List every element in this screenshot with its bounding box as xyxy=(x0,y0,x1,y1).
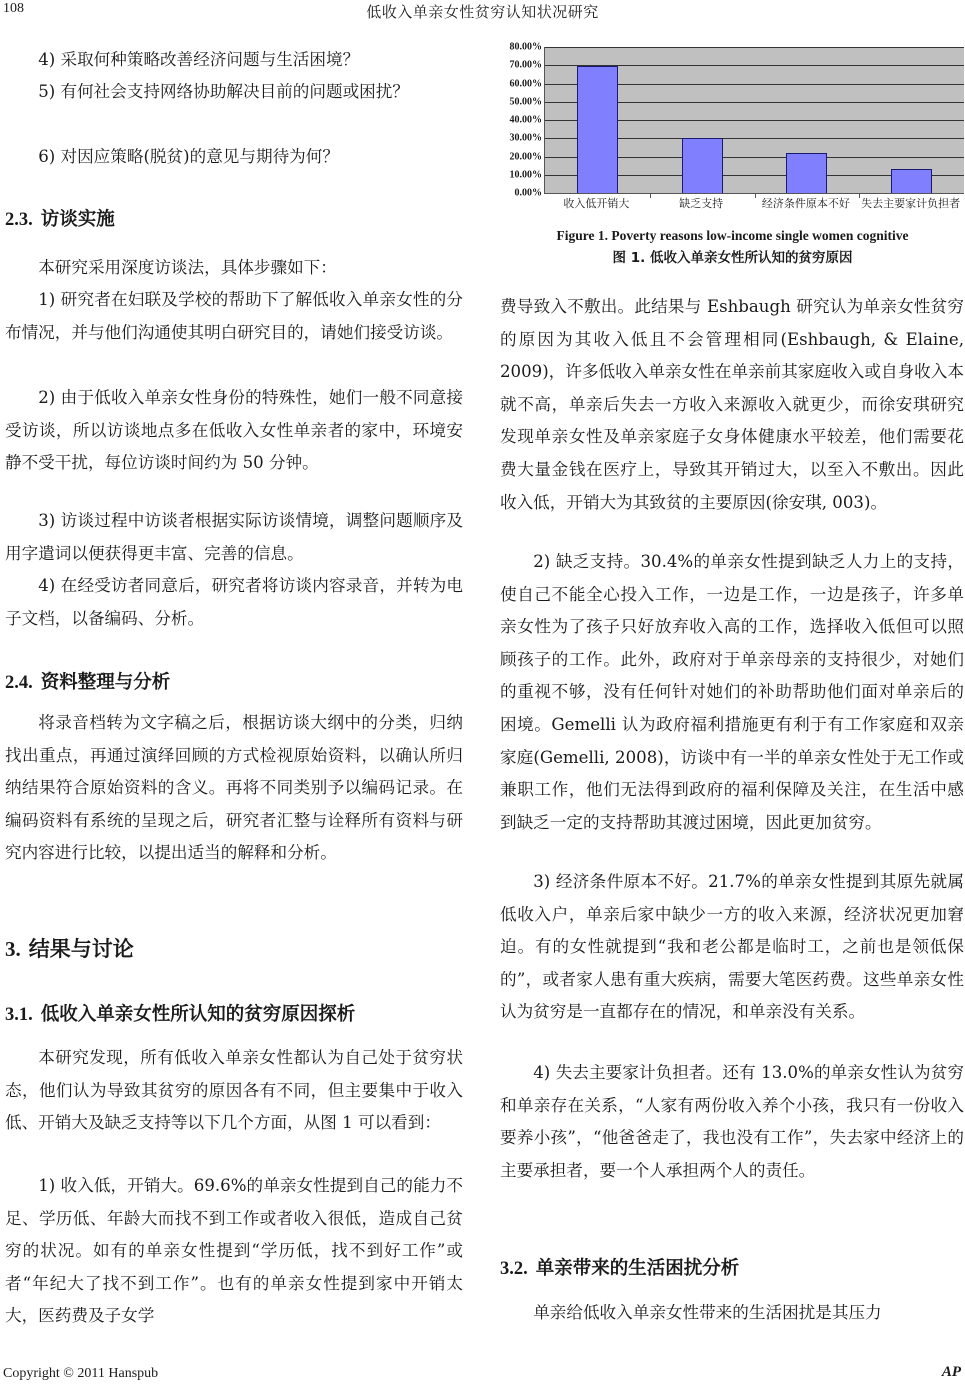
section-heading-2-3: 2.3.访谈实施 xyxy=(5,205,115,231)
figure-caption-english: Figure 1. Poverty reasons low-income sin… xyxy=(500,228,965,244)
running-title: 低收入单亲女性贫穷认知状况研究 xyxy=(0,1,965,22)
section-heading-3: 3.结果与讨论 xyxy=(5,933,134,963)
section-heading-2-4: 2.4.资料整理与分析 xyxy=(5,668,170,694)
copyright-notice: Copyright © 2011 Hanspub xyxy=(3,1366,158,1382)
reason-4-paragraph: 4) 失去主要家计负担者。还有 13.0%的单亲女性认为贫穷和单亲存在关系，“人… xyxy=(500,1057,964,1187)
step-4-paragraph: 4) 在经受访者同意后，研究者将访谈内容录音，并转为电子文档，以备编码、分析。 xyxy=(5,570,463,635)
bar xyxy=(891,169,932,193)
y-tick-label: 40.00% xyxy=(500,115,542,126)
plot-area xyxy=(544,47,964,194)
reason-1-continued-paragraph: 费导致入不敷出。此结果与 Eshbaugh 研究认为单亲女性贫穷的原因为其收入低… xyxy=(500,291,964,519)
findings-paragraph: 本研究发现，所有低收入单亲女性都认为自己处于贫穷状态，他们认为导致其贫穷的原因各… xyxy=(5,1042,463,1140)
y-tick-label: 70.00% xyxy=(500,60,542,71)
y-tick-label: 50.00% xyxy=(500,96,542,107)
question-4: 4) 采取何种策略改善经济问题与生活困境？ xyxy=(5,44,463,77)
y-tick-label: 80.00% xyxy=(500,42,542,53)
reason-2-paragraph: 2) 缺乏支持。30.4%的单亲女性提到缺乏人力上的支持，使自己不能全心投入工作… xyxy=(500,546,964,839)
x-tick-label: 失去主要家计负担者 xyxy=(861,195,960,211)
page-header: 108 低收入单亲女性贫穷认知状况研究 xyxy=(0,0,965,22)
bar xyxy=(786,153,827,193)
method-intro-paragraph: 本研究采用深度访谈法，具体步骤如下： xyxy=(5,252,463,285)
journal-abbreviation: AP xyxy=(942,1364,961,1381)
bar xyxy=(682,138,723,193)
bar xyxy=(577,66,618,193)
x-tick-mark xyxy=(650,193,651,198)
step-3-paragraph: 3) 访谈过程中访谈者根据实际访谈情境，调整问题顺序及用字遣词以便获得更丰富、完… xyxy=(5,505,463,570)
y-tick-label: 10.00% xyxy=(500,169,542,180)
x-tick-label: 缺乏支持 xyxy=(679,195,723,211)
reason-3-paragraph: 3) 经济条件原本不好。21.7%的单亲女性提到其原先就属低收入户，单亲后家中缺… xyxy=(500,866,964,1029)
figure-1-bar-chart: 0.00%10.00%20.00%30.00%40.00%50.00%60.00… xyxy=(500,38,965,210)
figure-caption-chinese: 图 1. 低收入单亲女性所认知的贫穷原因 xyxy=(500,246,965,266)
y-tick-label: 20.00% xyxy=(500,151,542,162)
y-tick-label: 0.00% xyxy=(500,188,542,199)
y-tick-label: 30.00% xyxy=(500,133,542,144)
reason-1-paragraph: 1) 收入低，开销大。69.6%的单亲女性提到自己的能力不足、学历低、年龄大而找… xyxy=(5,1170,463,1333)
step-1-paragraph: 1) 研究者在妇联及学校的帮助下了解低收入单亲女性的分布情况，并与他们沟通使其明… xyxy=(5,284,463,349)
y-tick-label: 60.00% xyxy=(500,78,542,89)
x-tick-label: 收入低开销大 xyxy=(563,195,629,211)
question-5: 5) 有何社会支持网络协助解决目前的问题或困扰？ xyxy=(5,76,463,109)
section-3-2-paragraph: 单亲给低收入单亲女性带来的生活困扰是其压力 xyxy=(500,1297,964,1330)
step-2-paragraph: 2) 由于低收入单亲女性身份的特殊性，她们一般不同意接受访谈，所以访谈地点多在低… xyxy=(5,382,463,480)
analysis-paragraph: 将录音档转为文字稿之后，根据访谈大纲中的分类，归纳找出重点，再通过演绎回顾的方式… xyxy=(5,707,463,870)
question-6: 6) 对因应策略(脱贫)的意见与期待为何？ xyxy=(5,141,463,174)
section-heading-3-1: 3.1.低收入单亲女性所认知的贫穷原因探析 xyxy=(5,1000,355,1026)
x-tick-mark xyxy=(755,193,756,198)
x-tick-mark xyxy=(859,193,860,198)
gridline xyxy=(545,47,964,48)
section-heading-3-2: 3.2.单亲带来的生活困扰分析 xyxy=(500,1254,739,1280)
x-tick-label: 经济条件原本不好 xyxy=(762,195,850,211)
